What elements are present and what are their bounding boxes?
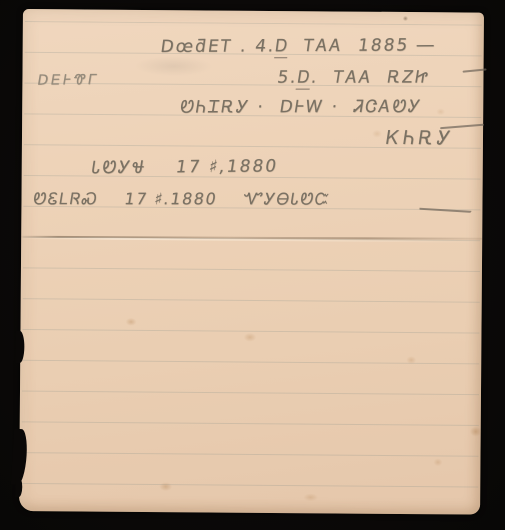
handwriting-line-3: ᏬᏂᏆᎡᎩ · DᎰᎳ · ᏘᏣᎪᏬᎩ xyxy=(179,99,423,117)
handwriting-line-5: ᏓᏬᎩᏠ 17 ♯,1880 xyxy=(90,158,279,177)
handwriting-line-2: 5.Ꭰ. ᎢᎪᎪ ᎡᏃᏥ xyxy=(276,70,431,87)
foxing-stain xyxy=(126,318,137,326)
hw-segment: ᎢᎪᎪ 1885 ― xyxy=(288,35,437,56)
foxing-stain xyxy=(436,108,445,115)
handwriting-line-1: DœƌEᎢ . 4.Ꭰ ᎢᎪᎪ 1885 ― xyxy=(159,37,436,56)
manuscript-page: DœƌEᎢ . 4.Ꭰ ᎢᎪᎪ 1885 ― DᎬᎰᏡᎱ 5.Ꭰ. ᎢᎪᎪ ᎡᏃ… xyxy=(19,9,484,515)
foxing-stain xyxy=(372,130,382,138)
foxing-stain xyxy=(470,427,482,437)
foxing-stain xyxy=(406,356,416,364)
photograph-backdrop: DœƌEᎢ . 4.Ꭰ ᎢᎪᎪ 1885 ― DᎬᎰᏡᎱ 5.Ꭰ. ᎢᎪᎪ ᎡᏃ… xyxy=(0,0,505,530)
hw-segment: DœƌEᎢ . 4. xyxy=(159,36,277,57)
ruled-lines xyxy=(21,21,482,501)
hw-segment: . ᎢᎪᎪ ᎡᏃᏥ xyxy=(310,68,431,88)
foxing-stain xyxy=(433,458,442,466)
foxing-stain xyxy=(243,333,256,342)
foxing-stain xyxy=(303,493,318,501)
foxing-stain xyxy=(159,482,172,491)
margin-annotation: DᎬᎰᏡᎱ xyxy=(36,73,101,88)
handwriting-line-4: ᏦᏂᎡᎩ xyxy=(385,129,456,149)
handwriting-line-6: ᏬᏋᏞᏒᏍ 17 ♯.1880 ᏉᎩᎾᏓᏬᏨ xyxy=(32,191,331,207)
dark-speck xyxy=(403,16,408,21)
